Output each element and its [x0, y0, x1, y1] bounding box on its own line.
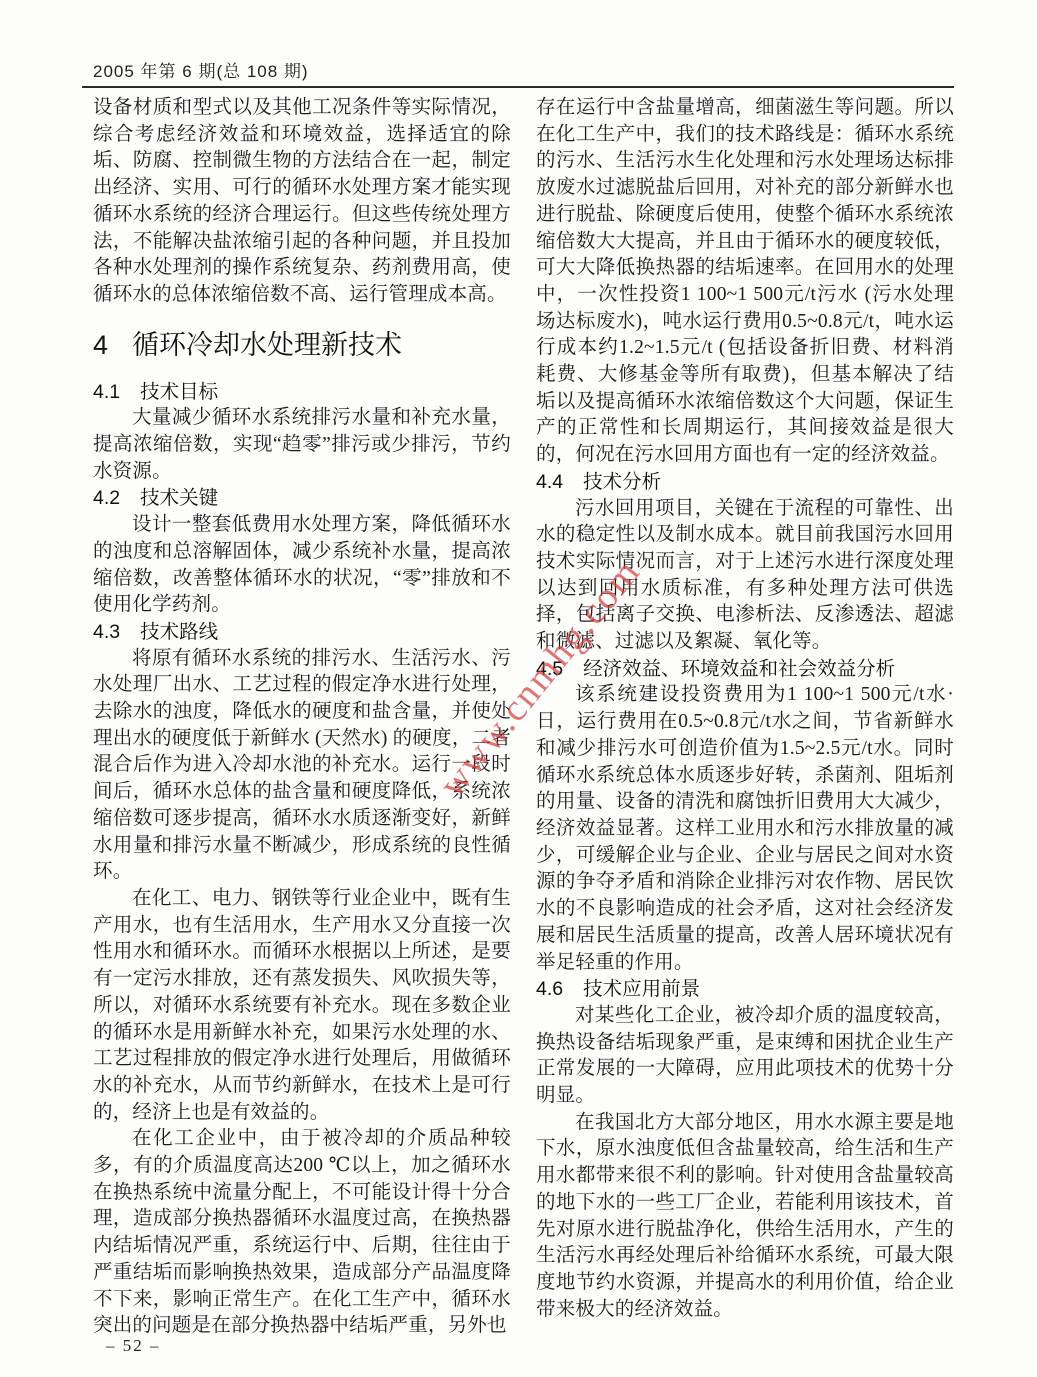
subsection-title: 技术应用前景	[583, 976, 700, 1003]
left-column: 设备材质和型式以及其他工况条件等实际情况，综合考虑经济效益和环境效益，选择适宜的…	[93, 95, 511, 1340]
paragraph-4-3-2: 在化工、电力、钢铁等行业企业中，既有生产用水，也有生活用水，生产用水又分直接一次…	[93, 886, 511, 1126]
subsection-heading-4-6: 4.6 技术应用前景	[536, 976, 954, 1003]
subsection-title: 技术分析	[583, 469, 661, 496]
paragraph-4-6-2: 在我国北方大部分地区，用水水源主要是地下水，原水浊度低但含盐量较高，给生活和生产…	[536, 1110, 954, 1324]
paragraph-4-6-1: 对某些化工企业，被冷却介质的温度较高，换热设备结垢现象严重，是束缚和困扰企业生产…	[536, 1003, 954, 1110]
paragraph-continuation: 设备材质和型式以及其他工况条件等实际情况，综合考虑经济效益和环境效益，选择适宜的…	[93, 95, 511, 309]
subsection-number: 4.6	[536, 976, 563, 1003]
paragraph-4-4: 污水回用项目，关键在于流程的可靠性、出水的稳定性以及制水成本。就目前我国污水回用…	[536, 496, 954, 656]
subsection-number: 4.3	[93, 619, 120, 646]
paragraph-4-3-3: 在化工企业中，由于被冷却的介质品种较多，有的介质温度高达200 ℃以上，加之循环…	[93, 1126, 511, 1340]
paragraph-4-5: 该系统建设投资费用为1 100~1 500元/t水·日，运行费用在0.5~0.8…	[536, 682, 954, 976]
subsection-title: 技术关键	[140, 485, 218, 512]
subsection-number: 4.4	[536, 469, 563, 496]
right-column: 存在运行中含盐量增高，细菌滋生等问题。所以在化工生产中，我们的技术路线是：循环水…	[536, 95, 954, 1340]
header-divider-rule	[82, 86, 954, 88]
subsection-heading-4-4: 4.4 技术分析	[536, 469, 954, 496]
scanned-paper-page: 2005 年第 6 期(总 108 期) 设备材质和型式以及其他工况条件等实际情…	[0, 0, 1037, 1377]
paragraph-4-3-1: 将原有循环水系统的排污水、生活污水、污水处理厂出水、工艺过程的假定净水进行处理，…	[93, 646, 511, 886]
subsection-heading-4-1: 4.1 技术目标	[93, 379, 511, 406]
section-title: 循环冷却水处理新技术	[132, 329, 402, 361]
journal-issue-header: 2005 年第 6 期(总 108 期)	[93, 57, 309, 82]
subsection-heading-4-2: 4.2 技术关键	[93, 485, 511, 512]
subsection-number: 4.1	[93, 379, 120, 406]
paragraph-continuation: 存在运行中含盐量增高，细菌滋生等问题。所以在化工生产中，我们的技术路线是：循环水…	[536, 95, 954, 469]
subsection-number: 4.5	[536, 656, 563, 683]
subsection-title: 技术路线	[140, 619, 218, 646]
subsection-heading-4-5: 4.5 经济效益、环境效益和社会效益分析	[536, 656, 954, 683]
paragraph-4-2: 设计一整套低费用水处理方案，降低循环水的浊度和总溶解固体，减少系统补水量，提高浓…	[93, 512, 511, 619]
page-number: – 52 –	[106, 1336, 161, 1356]
subsection-heading-4-3: 4.3 技术路线	[93, 619, 511, 646]
subsection-title: 经济效益、环境效益和社会效益分析	[583, 656, 895, 683]
subsection-title: 技术目标	[140, 379, 218, 406]
section-heading-4: 4 循环冷却水处理新技术	[93, 329, 511, 361]
paragraph-4-1: 大量减少循环水系统排污水量和补充水量，提高浓缩倍数，实现“趋零”排污或少排污，节…	[93, 405, 511, 485]
subsection-number: 4.2	[93, 485, 120, 512]
two-column-body: 设备材质和型式以及其他工况条件等实际情况，综合考虑经济效益和环境效益，选择适宜的…	[93, 95, 954, 1340]
section-number: 4	[93, 329, 108, 361]
